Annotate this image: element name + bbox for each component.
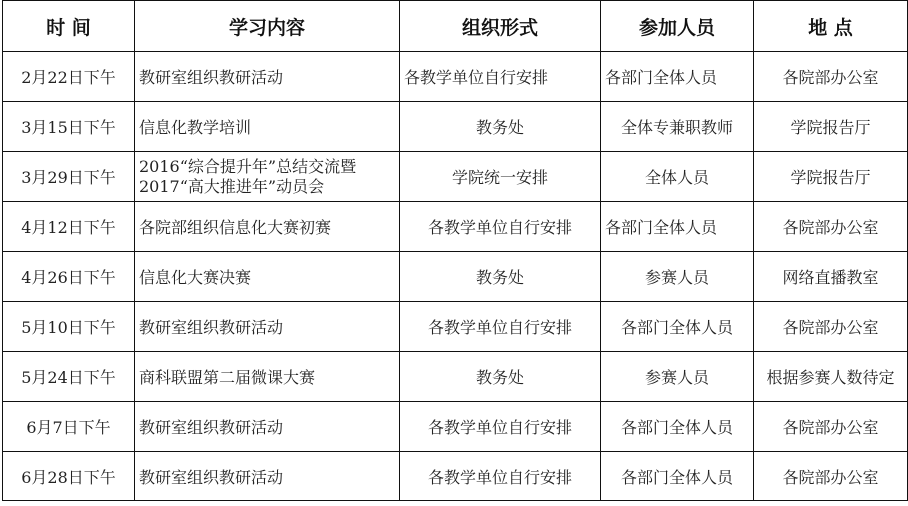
- cell-content: 商科联盟第二届微课大赛: [135, 352, 400, 402]
- cell-time: 6月7日下午: [3, 402, 135, 452]
- cell-content: 教研室组织教研活动: [135, 402, 400, 452]
- cell-time: 4月12日下午: [3, 202, 135, 252]
- cell-format: 教务处: [400, 252, 601, 302]
- table-row: 6月7日下午 教研室组织教研活动 各教学单位自行安排 各部门全体人员 各院部办公…: [3, 402, 908, 452]
- cell-format: 教务处: [400, 352, 601, 402]
- cell-location: 各院部办公室: [754, 452, 908, 501]
- cell-content-line-1: 2016“综合提升年”总结交流暨: [139, 157, 399, 177]
- header-location: 地 点: [754, 1, 908, 52]
- cell-participants: 参赛人员: [601, 352, 754, 402]
- cell-participants: 各部门全体人员: [601, 202, 754, 252]
- header-time: 时 间: [3, 1, 135, 52]
- cell-location: 学院报告厅: [754, 152, 908, 202]
- table-row: 2月22日下午 教研室组织教研活动 各教学单位自行安排 各部门全体人员 各院部办…: [3, 52, 908, 102]
- cell-content: 信息化教学培训: [135, 102, 400, 152]
- cell-time: 3月15日下午: [3, 102, 135, 152]
- cell-participants: 各部门全体人员: [601, 302, 754, 352]
- cell-format: 各教学单位自行安排: [400, 302, 601, 352]
- cell-format: 学院统一安排: [400, 152, 601, 202]
- table-row: 4月12日下午 各院部组织信息化大赛初赛 各教学单位自行安排 各部门全体人员 各…: [3, 202, 908, 252]
- cell-time: 3月29日下午: [3, 152, 135, 202]
- cell-location: 各院部办公室: [754, 402, 908, 452]
- cell-time: 6月28日下午: [3, 452, 135, 501]
- cell-content: 2016“综合提升年”总结交流暨 2017“高大推进年”动员会: [135, 152, 400, 202]
- cell-time: 5月10日下午: [3, 302, 135, 352]
- table-row: 5月24日下午 商科联盟第二届微课大赛 教务处 参赛人员 根据参赛人数待定: [3, 352, 908, 402]
- cell-content: 教研室组织教研活动: [135, 302, 400, 352]
- cell-location: 根据参赛人数待定: [754, 352, 908, 402]
- cell-participants: 各部门全体人员: [601, 402, 754, 452]
- cell-content: 各院部组织信息化大赛初赛: [135, 202, 400, 252]
- cell-participants: 全体专兼职教师: [601, 102, 754, 152]
- cell-location: 各院部办公室: [754, 302, 908, 352]
- cell-participants: 参赛人员: [601, 252, 754, 302]
- cell-format: 各教学单位自行安排: [400, 52, 601, 102]
- cell-time: 4月26日下午: [3, 252, 135, 302]
- header-content: 学习内容: [135, 1, 400, 52]
- cell-location: 各院部办公室: [754, 52, 908, 102]
- cell-content: 信息化大赛决赛: [135, 252, 400, 302]
- header-format: 组织形式: [400, 1, 601, 52]
- cell-location: 网络直播教室: [754, 252, 908, 302]
- header-participants: 参加人员: [601, 1, 754, 52]
- cell-content: 教研室组织教研活动: [135, 452, 400, 501]
- study-schedule-table: 时 间 学习内容 组织形式 参加人员 地 点 2月22日下午 教研室组织教研活动…: [2, 0, 908, 501]
- cell-time: 5月24日下午: [3, 352, 135, 402]
- cell-location: 学院报告厅: [754, 102, 908, 152]
- header-row: 时 间 学习内容 组织形式 参加人员 地 点: [3, 1, 908, 52]
- cell-time: 2月22日下午: [3, 52, 135, 102]
- table-row: 3月29日下午 2016“综合提升年”总结交流暨 2017“高大推进年”动员会 …: [3, 152, 908, 202]
- cell-format: 各教学单位自行安排: [400, 402, 601, 452]
- table-row: 4月26日下午 信息化大赛决赛 教务处 参赛人员 网络直播教室: [3, 252, 908, 302]
- cell-format: 各教学单位自行安排: [400, 452, 601, 501]
- table-row: 5月10日下午 教研室组织教研活动 各教学单位自行安排 各部门全体人员 各院部办…: [3, 302, 908, 352]
- cell-participants: 各部门全体人员: [601, 452, 754, 501]
- table-row: 3月15日下午 信息化教学培训 教务处 全体专兼职教师 学院报告厅: [3, 102, 908, 152]
- cell-content: 教研室组织教研活动: [135, 52, 400, 102]
- cell-participants: 各部门全体人员: [601, 52, 754, 102]
- cell-location: 各院部办公室: [754, 202, 908, 252]
- table-row: 6月28日下午 教研室组织教研活动 各教学单位自行安排 各部门全体人员 各院部办…: [3, 452, 908, 501]
- cell-content-line-2: 2017“高大推进年”动员会: [139, 177, 399, 197]
- cell-format: 教务处: [400, 102, 601, 152]
- cell-format: 各教学单位自行安排: [400, 202, 601, 252]
- cell-participants: 全体人员: [601, 152, 754, 202]
